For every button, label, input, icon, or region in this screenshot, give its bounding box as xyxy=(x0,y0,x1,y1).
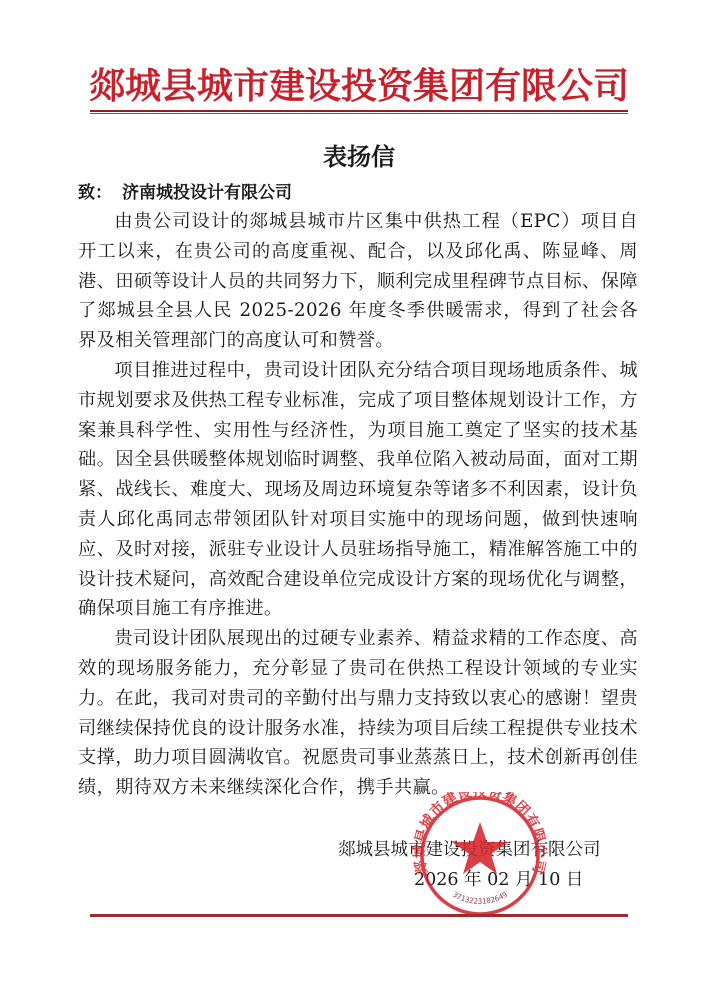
signature-date: 2026 年 02 月 10 日 xyxy=(414,866,583,895)
addressee-label: 致： xyxy=(78,183,112,203)
signature-org: 郯城县城市建设投资集团有限公司 xyxy=(338,836,601,865)
footer-rule xyxy=(90,914,628,917)
document-title: 表扬信 xyxy=(0,140,718,174)
letter-body: 由贵公司设计的郯城县城市片区集中供热工程（EPC）项目自开工以来，在贵公司的高度… xyxy=(78,207,638,803)
letter-page: 郯城县城市建设投资集团有限公司 表扬信 致：济南城投设计有限公司 由贵公司设计的… xyxy=(0,0,718,1000)
letterhead-org-name: 郯城县城市建设投资集团有限公司 xyxy=(88,64,630,108)
body-paragraph: 项目推进过程中，贵司设计团队充分结合项目现场地质条件、城市规划要求及供热工程专业… xyxy=(78,356,638,624)
letterhead-underline xyxy=(90,110,628,114)
body-paragraph: 由贵公司设计的郯城县城市片区集中供热工程（EPC）项目自开工以来，在贵公司的高度… xyxy=(78,207,638,356)
body-paragraph: 贵司设计团队展现出的过硬专业素养、精益求精的工作态度、高效的现场服务能力，充分彰… xyxy=(78,624,638,803)
addressee-line: 致：济南城投设计有限公司 xyxy=(78,180,292,206)
addressee-name: 济南城投设计有限公司 xyxy=(122,183,292,203)
